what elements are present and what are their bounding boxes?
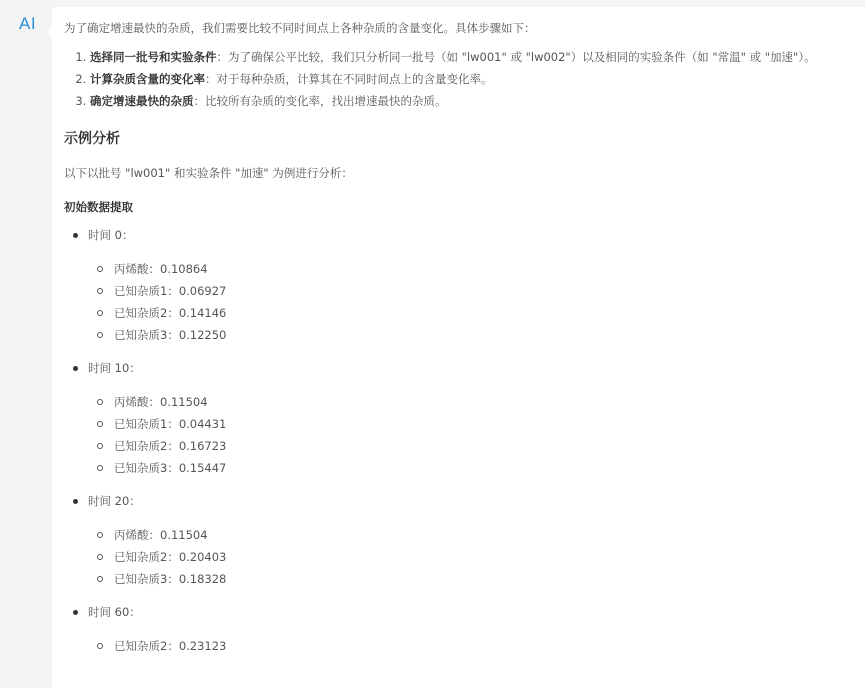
impurity-value: 已知杂质3：0.12250 [114, 328, 226, 342]
step-item: 确定增速最快的杂质：比较所有杂质的变化率，找出增速最快的杂质。 [90, 90, 865, 112]
circle-bullet-icon [97, 288, 103, 294]
impurity-value: 已知杂质2：0.20403 [114, 550, 226, 564]
impurity-list: 已知杂质2：0.23123 [88, 635, 865, 657]
impurity-value: 已知杂质1：0.04431 [114, 417, 226, 431]
impurity-item: 已知杂质3：0.15447 [114, 457, 865, 479]
impurity-item: 丙烯酸：0.10864 [114, 258, 865, 280]
time-point-item: 时间 10： 丙烯酸：0.11504 已知杂质1：0.04431 已知杂质2：0… [64, 358, 865, 479]
message-content: 为了确定增速最快的杂质，我们需要比较不同时间点上各种杂质的含量变化。具体步骤如下… [64, 18, 865, 669]
impurity-value: 已知杂质2：0.23123 [114, 639, 226, 653]
impurity-item: 已知杂质2：0.20403 [114, 546, 865, 568]
sub-heading: 初始数据提取 [64, 197, 865, 217]
impurity-value: 丙烯酸：0.10864 [114, 262, 208, 276]
impurity-item: 已知杂质2：0.14146 [114, 302, 865, 324]
step-title: 选择同一批号和实验条件 [90, 50, 217, 64]
impurity-item: 已知杂质2：0.16723 [114, 435, 865, 457]
step-text: ：对于每种杂质，计算其在不同时间点上的含量变化率。 [205, 72, 493, 86]
intro-paragraph: 为了确定增速最快的杂质，我们需要比较不同时间点上各种杂质的含量变化。具体步骤如下… [64, 18, 865, 39]
circle-bullet-icon [97, 554, 103, 560]
impurity-value: 已知杂质1：0.06927 [114, 284, 226, 298]
section-heading: 示例分析 [64, 125, 865, 153]
step-text: ：为了确保公平比较，我们只分析同一批号（如 "lw001" 或 "lw002"）… [217, 50, 816, 64]
impurity-value: 已知杂质2：0.16723 [114, 439, 226, 453]
impurity-list: 丙烯酸：0.11504 已知杂质1：0.04431 已知杂质2：0.16723 … [88, 391, 865, 479]
impurity-list: 丙烯酸：0.10864 已知杂质1：0.06927 已知杂质2：0.14146 … [88, 258, 865, 346]
time-point-item: 时间 0： 丙烯酸：0.10864 已知杂质1：0.06927 已知杂质2：0.… [64, 225, 865, 346]
circle-bullet-icon [97, 443, 103, 449]
circle-bullet-icon [97, 332, 103, 338]
ai-message-bubble: 为了确定增速最快的杂质，我们需要比较不同时间点上各种杂质的含量变化。具体步骤如下… [52, 7, 865, 688]
ai-avatar-label: AI [19, 14, 36, 34]
time-point-label: 时间 20： [88, 494, 141, 508]
step-item: 选择同一批号和实验条件：为了确保公平比较，我们只分析同一批号（如 "lw001"… [90, 46, 865, 68]
lead-paragraph: 以下以批号 "lw001" 和实验条件 "加速" 为例进行分析： [64, 163, 865, 184]
impurity-item: 已知杂质1：0.04431 [114, 413, 865, 435]
time-point-label: 时间 10： [88, 361, 141, 375]
time-point-label: 时间 0： [88, 228, 133, 242]
time-point-label: 时间 60： [88, 605, 141, 619]
step-title: 确定增速最快的杂质 [90, 94, 194, 108]
bullet-icon [73, 610, 78, 615]
step-title: 计算杂质含量的变化率 [90, 72, 205, 86]
circle-bullet-icon [97, 266, 103, 272]
impurity-item: 丙烯酸：0.11504 [114, 524, 865, 546]
impurity-value: 丙烯酸：0.11504 [114, 528, 208, 542]
time-points-list: 时间 0： 丙烯酸：0.10864 已知杂质1：0.06927 已知杂质2：0.… [64, 225, 865, 657]
impurity-value: 已知杂质2：0.14146 [114, 306, 226, 320]
impurity-value: 丙烯酸：0.11504 [114, 395, 208, 409]
impurity-list: 丙烯酸：0.11504 已知杂质2：0.20403 已知杂质3：0.18328 [88, 524, 865, 590]
steps-list: 选择同一批号和实验条件：为了确保公平比较，我们只分析同一批号（如 "lw001"… [64, 46, 865, 112]
impurity-item: 已知杂质2：0.23123 [114, 635, 865, 657]
time-point-item: 时间 20： 丙烯酸：0.11504 已知杂质2：0.20403 已知杂质3：0… [64, 491, 865, 590]
circle-bullet-icon [97, 532, 103, 538]
impurity-value: 已知杂质3：0.15447 [114, 461, 226, 475]
bullet-icon [73, 366, 78, 371]
bullet-icon [73, 233, 78, 238]
circle-bullet-icon [97, 399, 103, 405]
impurity-value: 已知杂质3：0.18328 [114, 572, 226, 586]
time-point-item: 时间 60： 已知杂质2：0.23123 [64, 602, 865, 657]
impurity-item: 已知杂质3：0.12250 [114, 324, 865, 346]
circle-bullet-icon [97, 310, 103, 316]
impurity-item: 已知杂质3：0.18328 [114, 568, 865, 590]
step-text: ：比较所有杂质的变化率，找出增速最快的杂质。 [194, 94, 447, 108]
step-item: 计算杂质含量的变化率：对于每种杂质，计算其在不同时间点上的含量变化率。 [90, 68, 865, 90]
circle-bullet-icon [97, 643, 103, 649]
bullet-icon [73, 499, 78, 504]
impurity-item: 丙烯酸：0.11504 [114, 391, 865, 413]
circle-bullet-icon [97, 576, 103, 582]
circle-bullet-icon [97, 421, 103, 427]
impurity-item: 已知杂质1：0.06927 [114, 280, 865, 302]
circle-bullet-icon [97, 465, 103, 471]
